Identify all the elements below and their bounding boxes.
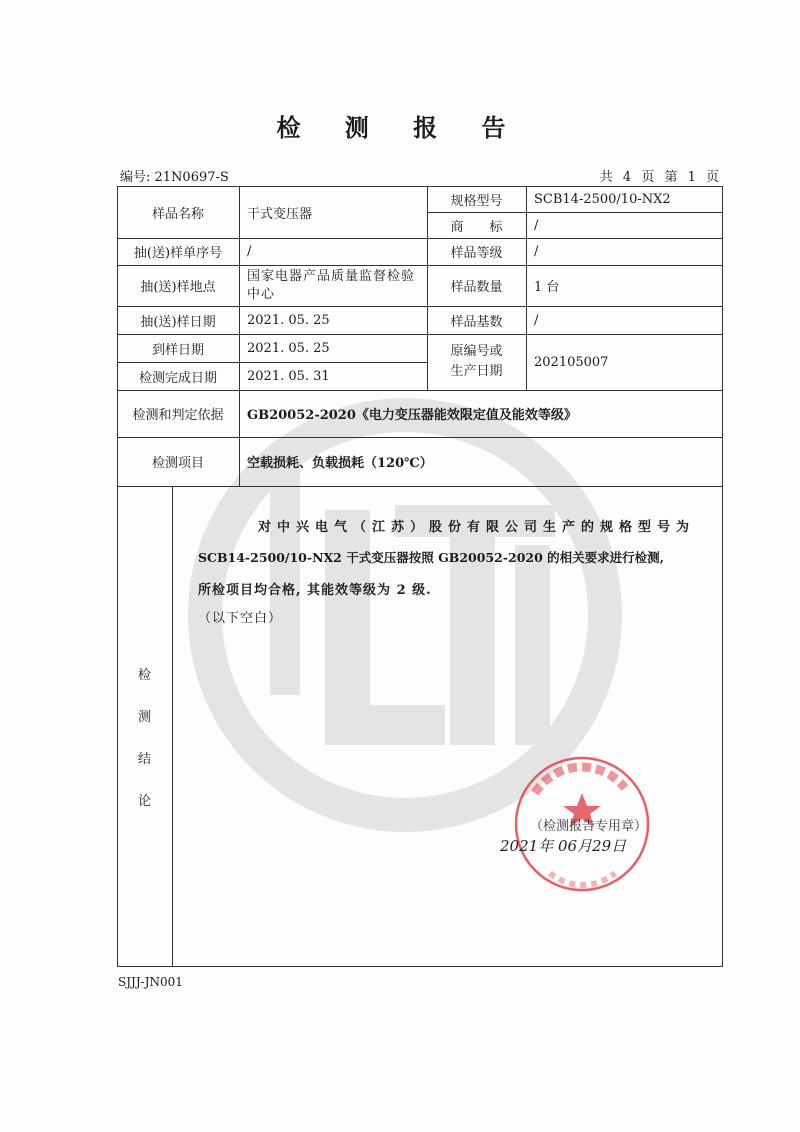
seal-caption: （检测报告专用章） <box>530 815 647 834</box>
arrival-date-value: 2021. 05. 25 <box>239 334 427 362</box>
sample-order-no-value: / <box>239 238 427 265</box>
signed-date: 2021年 06月29日 <box>500 835 626 856</box>
spec-model-label: 规格型号 <box>427 186 526 212</box>
sample-grade-label: 样品等级 <box>427 238 526 265</box>
page-info: 共 4 页 第 1 页 <box>600 166 722 185</box>
basis-value: GB20052-2020《电力变压器能效限定值及能效等级》 <box>239 390 717 437</box>
sample-quantity-value: 1 台 <box>526 265 724 306</box>
conclusion-label-char: 论 <box>117 781 172 823</box>
conclusion-label-char: 结 <box>117 739 172 781</box>
arrival-date-label: 到样日期 <box>117 334 239 362</box>
conclusion-label-char: 检 <box>117 655 172 697</box>
sampling-date-value: 2021. 05. 25 <box>239 306 427 334</box>
page-title: 检 测 报 告 <box>0 108 800 143</box>
sample-base-value: / <box>526 306 724 334</box>
original-no-label: 原编号或生产日期 <box>427 334 526 390</box>
sample-base-label: 样品基数 <box>427 306 526 334</box>
document-number: 编号: 21N0697-S <box>120 166 229 185</box>
original-no-label-text: 原编号或生产日期 <box>449 342 505 382</box>
original-no-value: 202105007 <box>526 334 724 390</box>
conclusion-label: 检 测 结 论 <box>117 655 172 823</box>
conclusion-line-3: 所检项目均合格, 其能效等级为 2 级. <box>198 579 432 598</box>
sample-order-no-label: 抽(送)样单序号 <box>117 238 239 265</box>
sampling-place-label: 抽(送)样地点 <box>117 265 239 306</box>
items-value: 空载损耗、负载损耗（120℃） <box>239 437 717 486</box>
completion-date-label: 检测完成日期 <box>117 362 239 390</box>
trademark-label: 商 标 <box>427 212 526 238</box>
sampling-place-value: 国家电器产品质量监督检验中心 <box>239 265 423 306</box>
sampling-date-label: 抽(送)样日期 <box>117 306 239 334</box>
sample-grade-value: / <box>526 238 724 265</box>
items-label: 检测项目 <box>117 437 239 486</box>
sample-name-label: 样品名称 <box>117 186 239 238</box>
form-code: SJJJ-JN001 <box>118 975 183 989</box>
conclusion-line-4: （以下空白） <box>198 607 282 626</box>
sample-quantity-label: 样品数量 <box>427 265 526 306</box>
spec-model-value: SCB14-2500/10-NX2 <box>526 186 724 212</box>
conclusion-line-2: SCB14-2500/10-NX2 干式变压器按照 GB20052-2020 的… <box>198 548 664 566</box>
conclusion-label-char: 测 <box>117 697 172 739</box>
completion-date-value: 2021. 05. 31 <box>239 362 427 390</box>
conclusion-line-1: 对中兴电气（江苏）股份有限公司生产的规格型号为 <box>258 516 695 535</box>
sample-name-value: 干式变压器 <box>239 186 427 238</box>
trademark-value: / <box>526 212 724 238</box>
basis-label: 检测和判定依据 <box>117 390 239 437</box>
